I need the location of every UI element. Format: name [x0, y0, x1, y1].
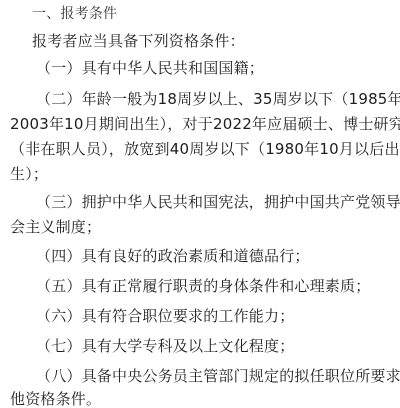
condition-item-2: （二）年龄一般为18周岁以上、35周岁以下（1985年10月至 — [36, 89, 400, 109]
condition-item-1: （一）具有中华人民共和国国籍； — [36, 58, 264, 78]
condition-item-7: （七）具有大学专科及以上文化程度； — [36, 336, 294, 356]
condition-item-2-cont: （非在职人员），放宽到40周岁以下（1980年10月以后出 — [10, 139, 400, 159]
condition-item-2-cont: 生）； — [10, 164, 48, 184]
condition-item-6: （六）具有符合职位要求的工作能力； — [36, 306, 294, 326]
condition-item-2-cont: 2003年10月期间出生），对于2022年应届硕士、博士研究生 — [10, 114, 400, 134]
condition-item-4: （四）具有良好的政治素质和道德品行； — [36, 246, 310, 266]
condition-item-3-cont: 会主义制度； — [10, 217, 101, 237]
condition-item-8: （八）具备中央公务员主管部门规定的拟任职位所要求的其 — [36, 366, 400, 386]
condition-item-8-cont: 他资格条件。 — [10, 389, 101, 408]
condition-item-5: （五）具有正常履行职责的身体条件和心理素质； — [36, 276, 370, 296]
section-heading: 一、报考条件 — [32, 4, 117, 24]
condition-item-3: （三）拥护中华人民共和国宪法，拥护中国共产党领导和社 — [36, 192, 400, 212]
intro-text: 报考者应当具备下列资格条件： — [32, 31, 245, 51]
